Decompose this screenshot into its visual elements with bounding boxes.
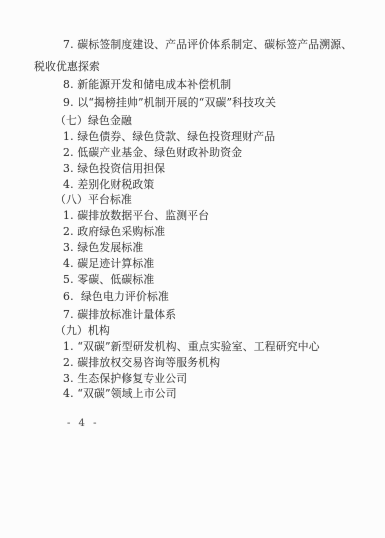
- continuation-line: 税收优惠探索: [34, 59, 352, 75]
- list-item: 3. 绿色发展标准: [34, 240, 352, 256]
- list-item: 2. 低碳产业基金、绿色财政补助资金: [34, 145, 352, 161]
- list-item: 2. 碳排放权交易咨询等服务机构: [34, 355, 352, 371]
- list-item: 4. 差别化财税政策: [34, 177, 352, 193]
- list-item: 3. 生态保护修复专业公司: [34, 371, 352, 387]
- list-item: 7. 碳排放标准计量体系: [34, 307, 352, 323]
- document-page: 7. 碳标签制度建设、产品评价体系制定、碳标签产品溯源、 税收优惠探索 8. 新…: [0, 0, 385, 538]
- list-item: 5. 零碳、低碳标准: [34, 272, 352, 288]
- list-item: 1. 绿色债券、绿色贷款、绿色投资理财产品: [34, 129, 352, 145]
- list-item: 2. 政府绿色采购标准: [34, 224, 352, 240]
- section-heading: （八）平台标准: [34, 192, 352, 208]
- list-item: 4. 碳足迹计算标准: [34, 256, 352, 272]
- list-item: 6. 绿色电力评价标准: [34, 289, 352, 305]
- document-body: 7. 碳标签制度建设、产品评价体系制定、碳标签产品溯源、 税收优惠探索 8. 新…: [34, 37, 352, 402]
- list-item: 3. 绿色投资信用担保: [34, 161, 352, 177]
- list-item: 1. 碳排放数据平台、监测平台: [34, 208, 352, 224]
- list-item: 7. 碳标签制度建设、产品评价体系制定、碳标签产品溯源、: [34, 37, 352, 53]
- page-number: - 4 -: [67, 417, 99, 430]
- list-item: 4. “双碳”领域上市公司: [34, 386, 352, 402]
- list-item: 1. “双碳”新型研发机构、重点实验室、工程研究中心: [34, 339, 352, 355]
- list-item: 9. 以“揭榜挂帅”机制开展的“双碳”科技攻关: [34, 95, 352, 111]
- list-item: 8. 新能源开发和储电成本补偿机制: [34, 77, 352, 93]
- section-heading: （九）机构: [34, 323, 352, 339]
- section-heading: （七）绿色金融: [34, 113, 352, 129]
